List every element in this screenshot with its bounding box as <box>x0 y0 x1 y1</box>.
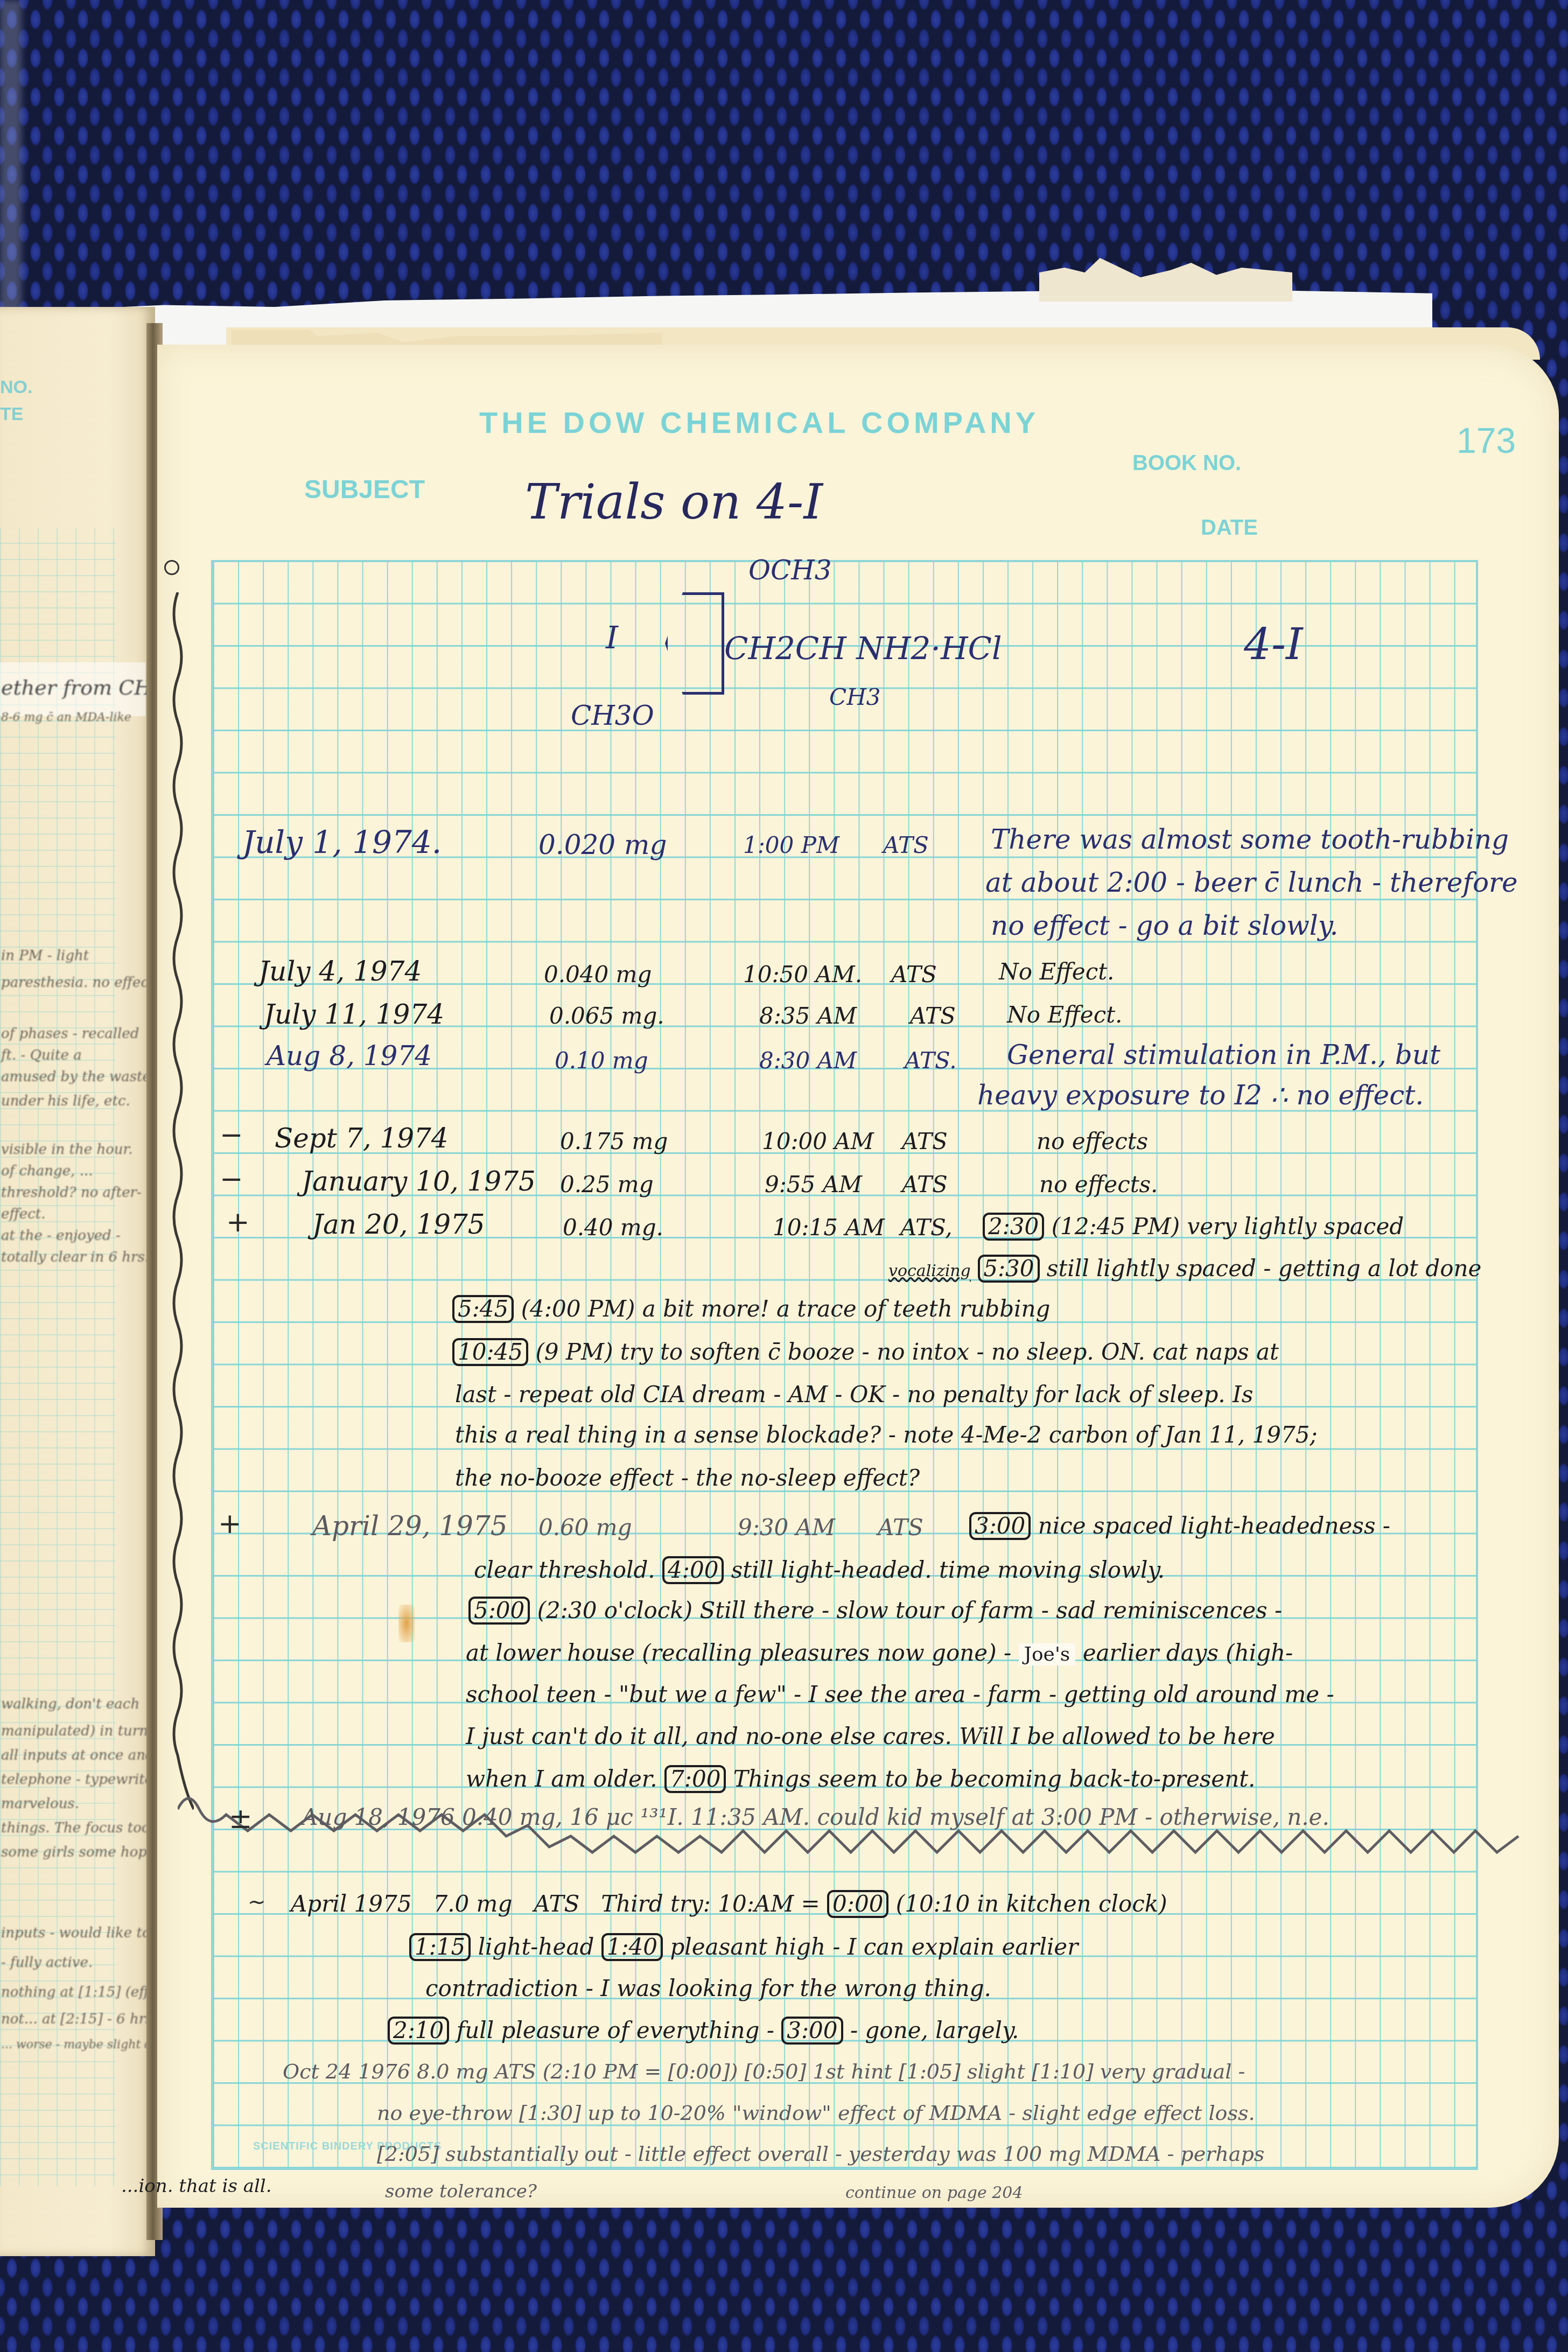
note-line: 5:00 (2:30 o'clock) Still there - slow t… <box>468 1597 1282 1625</box>
struct-side-methyl: CH3 <box>829 684 880 710</box>
note-line: 3:00 nice spaced light-headedness - <box>969 1512 1390 1540</box>
trial-initials: ATS <box>902 1128 948 1154</box>
note-line: Aug 18, 1976 0.40 mg, 16 μc ¹³¹I. 11:35 … <box>302 1804 1329 1830</box>
note-text: Third try: 10:AM = <box>601 1891 820 1917</box>
note-annotation: vocalizing <box>888 1262 971 1280</box>
left-note: of phases - recalled <box>1 1026 139 1042</box>
note-line: contradiction - I was looking for the wr… <box>425 1975 991 2001</box>
trial-date: July 1, 1974. <box>242 824 442 860</box>
note-line: [2:05] substantially out - little effect… <box>377 2142 1264 2166</box>
trial-date: Sept 7, 1974 <box>275 1123 449 1154</box>
trial-date: July 4, 1974 <box>258 956 422 987</box>
trial-dose: 0.25 mg <box>560 1171 654 1198</box>
note-line: at lower house (recalling pleasures now … <box>466 1640 1293 1666</box>
note-line: I just can't do it all, and no-one else … <box>466 1723 1275 1749</box>
trial-dose: 0.175 mg <box>560 1128 668 1154</box>
trial-marker: − <box>220 1119 243 1151</box>
trial-dose: 0.60 mg <box>538 1514 632 1541</box>
left-note: inputs - would like to <box>1 1925 151 1941</box>
left-note: walking, don't each <box>1 1696 139 1712</box>
left-note: not... at [2:15] - 6 hrs of <box>1 2011 171 2027</box>
company-name: THE DOW CHEMICAL COMPANY <box>479 405 1039 440</box>
margin-note: ...ion. that is all. <box>121 2175 272 2197</box>
trial-dose: 0.40 mg. <box>563 1214 663 1241</box>
pasted-label: Joe's <box>1019 1643 1076 1665</box>
trial-note: at about 2:00 - beer c̄ lunch - therefor… <box>985 867 1518 898</box>
trial-dose: 0.040 mg <box>544 961 652 988</box>
trial-initials: ATS <box>878 1514 923 1541</box>
trial-initials: ATS <box>891 961 937 988</box>
note-text: at lower house (recalling pleasures now … <box>466 1640 1011 1666</box>
trial-note: General stimulation in P.M., but <box>1007 1039 1440 1070</box>
trial-dose: 7.0 mg <box>433 1891 512 1917</box>
trial-initials: ATS <box>883 832 929 858</box>
note-text: full pleasure of everything - <box>457 2017 774 2043</box>
trial-note: No Effect. <box>999 958 1114 985</box>
left-note: totally clear in 6 hrs. <box>1 1249 149 1265</box>
left-note: all inputs at once and <box>1 1747 155 1763</box>
note-text: (2:30 o'clock) Still there - slow tour o… <box>537 1597 1282 1623</box>
time-box: 1:15 <box>409 1933 471 1961</box>
note-text: (4:00 PM) a bit more! a trace of teeth r… <box>521 1296 1051 1322</box>
trial-marker: + <box>218 1508 242 1540</box>
trial-initials: ATS <box>902 1171 948 1198</box>
note-line: clear threshold. 4:00 still light-headed… <box>474 1556 1165 1584</box>
left-note: effect. <box>1 1206 45 1222</box>
trial-note: No Effect. <box>1007 1002 1122 1028</box>
trial-marker: ± <box>229 1803 253 1835</box>
time-box: 2:30 <box>983 1213 1044 1241</box>
time-box: 4:00 <box>662 1556 724 1584</box>
time-box: 10:45 <box>452 1338 528 1366</box>
page-number: 173 <box>1457 420 1516 461</box>
left-note: at the - enjoyed - <box>1 1228 121 1244</box>
note-text: pleasant high - I can explain earlier <box>670 1934 1078 1960</box>
note-text: clear threshold. <box>474 1557 655 1583</box>
note-text: earlier days (high- <box>1083 1640 1293 1666</box>
left-note: telephone - typewriter. <box>1 1772 163 1788</box>
note-line: when I am older. 7:00 Things seem to be … <box>466 1765 1255 1793</box>
note-text: (9 PM) try to soften c̄ booze - no intox… <box>535 1339 1278 1365</box>
trial-time: 10:50 AM. <box>743 961 862 988</box>
trial-note: There was almost some tooth-rubbing <box>991 824 1509 855</box>
circle-mark <box>164 560 179 575</box>
note-text: (12:45 PM) very lightly spaced <box>1052 1213 1404 1240</box>
left-note: - fully active. <box>1 1955 93 1971</box>
note-text: Things seem to be becoming back-to-prese… <box>733 1766 1256 1792</box>
note-text: still lightly spaced - getting a lot don… <box>1047 1255 1482 1282</box>
note-line: 5:45 (4:00 PM) a bit more! a trace of te… <box>452 1295 1050 1323</box>
left-note: visible in the hour. <box>1 1142 132 1158</box>
left-page-date-label: TE <box>0 404 23 425</box>
left-note: of change, ... <box>1 1163 93 1179</box>
trial-time: 10:00 AM <box>762 1128 874 1154</box>
note-line: 10:45 (9 PM) try to soften c̄ booze - no… <box>452 1338 1279 1366</box>
trial-marker: − <box>220 1163 243 1195</box>
left-note: ether from CH <box>1 676 152 699</box>
note-line: no eye-throw [1:30] up to 10-20% "window… <box>377 2101 1255 2125</box>
time-box: 1:40 <box>601 1933 663 1961</box>
note-text: (10:10 in kitchen clock) <box>896 1891 1167 1917</box>
subject-label: SUBJECT <box>304 475 425 505</box>
note-text: when I am older. <box>466 1766 657 1792</box>
time-box: 5:30 <box>978 1255 1039 1283</box>
orange-stain <box>398 1605 415 1642</box>
trial-date: Aug 8, 1974 <box>267 1040 432 1072</box>
left-note: marvelous. <box>1 1796 79 1812</box>
note-line: some tolerance? <box>385 2181 537 2202</box>
time-box: 2:10 <box>388 2017 449 2045</box>
struct-ch3o: CH3O <box>571 700 654 731</box>
book-no-label: BOOK NO. <box>1132 451 1241 475</box>
note-line: the no-booze effect - the no-sleep effec… <box>455 1465 920 1491</box>
trial-note: no effects. <box>1039 1171 1158 1198</box>
left-note: 8-6 mg c̄ an MDA-like <box>1 711 131 724</box>
trial-marker: + <box>226 1206 250 1238</box>
trial-time: 9:55 AM <box>765 1171 862 1198</box>
trial-note: heavy exposure to I2 ∴ no effect. <box>977 1080 1424 1111</box>
left-note: ft. - Quite a <box>1 1047 82 1063</box>
trial-dose: 0.065 mg. <box>549 1003 664 1029</box>
left-note: under his life, etc. <box>1 1093 130 1109</box>
left-note: threshold? no after- <box>1 1185 142 1201</box>
time-box: 0:00 <box>827 1890 888 1918</box>
trial-date: Jan 20, 1975 <box>312 1209 485 1240</box>
trial-time: 9:30 AM <box>738 1514 835 1541</box>
note-line: school teen - "but we a few" - I see the… <box>466 1681 1334 1707</box>
left-note: nothing at [1:15] (effect <box>1 1984 171 2000</box>
trial-note: no effect - go a bit slowly. <box>991 910 1338 941</box>
left-page-text: NO. TE ether from CH 8-6 mg c̄ an MDA-li… <box>0 0 156 2352</box>
trial-initials: ATS <box>910 1003 956 1029</box>
note-line: 2:10 full pleasure of everything - 3:00 … <box>388 2017 1019 2045</box>
trial-date: July 11, 1974 <box>264 999 444 1030</box>
note-line: this a real thing in a sense blockade? -… <box>455 1422 1318 1448</box>
struct-och3: OCH3 <box>748 555 832 586</box>
left-note: manipulated) in turn. <box>1 1723 152 1739</box>
trial-date: April 1975 <box>291 1891 411 1917</box>
date-label: DATE <box>1201 516 1258 540</box>
trial-time: 1:00 PM <box>743 832 839 858</box>
struct-side-chain: CH2CH NH2·HCl <box>724 630 1002 667</box>
trial-time: 8:30 AM <box>759 1047 857 1074</box>
note-text: light-head <box>478 1934 594 1960</box>
time-box: 3:00 <box>969 1512 1031 1540</box>
trial-dose: 0.020 mg <box>538 829 667 860</box>
left-note: amused by the waste <box>1 1069 151 1085</box>
note-line: April 1975 7.0 mg ATS Third try: 10:AM =… <box>291 1890 1167 1918</box>
note-line: last - repeat old CIA dream - AM - OK - … <box>455 1381 1253 1408</box>
left-note: things. The focus too <box>1 1820 150 1836</box>
left-note: paresthesia. no effect. <box>1 975 159 991</box>
note-line: 2:30 (12:45 PM) very lightly spaced <box>983 1213 1404 1241</box>
left-page-book-label: NO. <box>0 377 32 398</box>
trial-initials: ATS. <box>905 1047 957 1074</box>
wavy-bracket-vertical <box>162 592 194 1815</box>
time-box: 3:00 <box>781 2017 843 2045</box>
note-line: Oct 24 1976 8.0 mg ATS (2:10 PM = [0:00]… <box>283 2060 1245 2083</box>
left-note: in PM - light <box>1 948 89 964</box>
struct-iodine: I <box>606 619 618 656</box>
subject-value: Trials on 4-I <box>525 474 823 530</box>
continue-note: continue on page 204 <box>845 2183 1023 2202</box>
trial-time: 8:35 AM <box>759 1003 857 1029</box>
time-box: 5:00 <box>468 1597 530 1625</box>
trial-date: January 10, 1975 <box>302 1166 536 1197</box>
note-text: nice spaced light-headedness - <box>1038 1513 1390 1539</box>
left-note: some girls some hop. <box>1 1844 151 1860</box>
time-box: 7:00 <box>664 1765 726 1793</box>
trial-marker: ~ <box>248 1890 266 1915</box>
note-line: vocalizing 5:30 still lightly spaced - g… <box>888 1255 1481 1283</box>
trial-date: April 29, 1975 <box>312 1510 508 1542</box>
note-text: still light-headed. time moving slowly. <box>731 1557 1165 1583</box>
trial-time: 10:15 AM <box>773 1214 885 1241</box>
trial-dose: 0.10 mg <box>555 1047 648 1074</box>
trial-note: no effects <box>1037 1128 1148 1154</box>
trial-initials: ATS <box>534 1891 579 1917</box>
trial-initials: ATS, <box>900 1214 953 1241</box>
note-line: 1:15 light-head 1:40 pleasant high - I c… <box>409 1933 1078 1961</box>
compound-label: 4-I <box>1244 619 1303 669</box>
time-box: 5:45 <box>452 1295 514 1323</box>
note-text: - gone, largely. <box>850 2017 1019 2043</box>
torn-paper-scraps <box>1039 253 1292 302</box>
